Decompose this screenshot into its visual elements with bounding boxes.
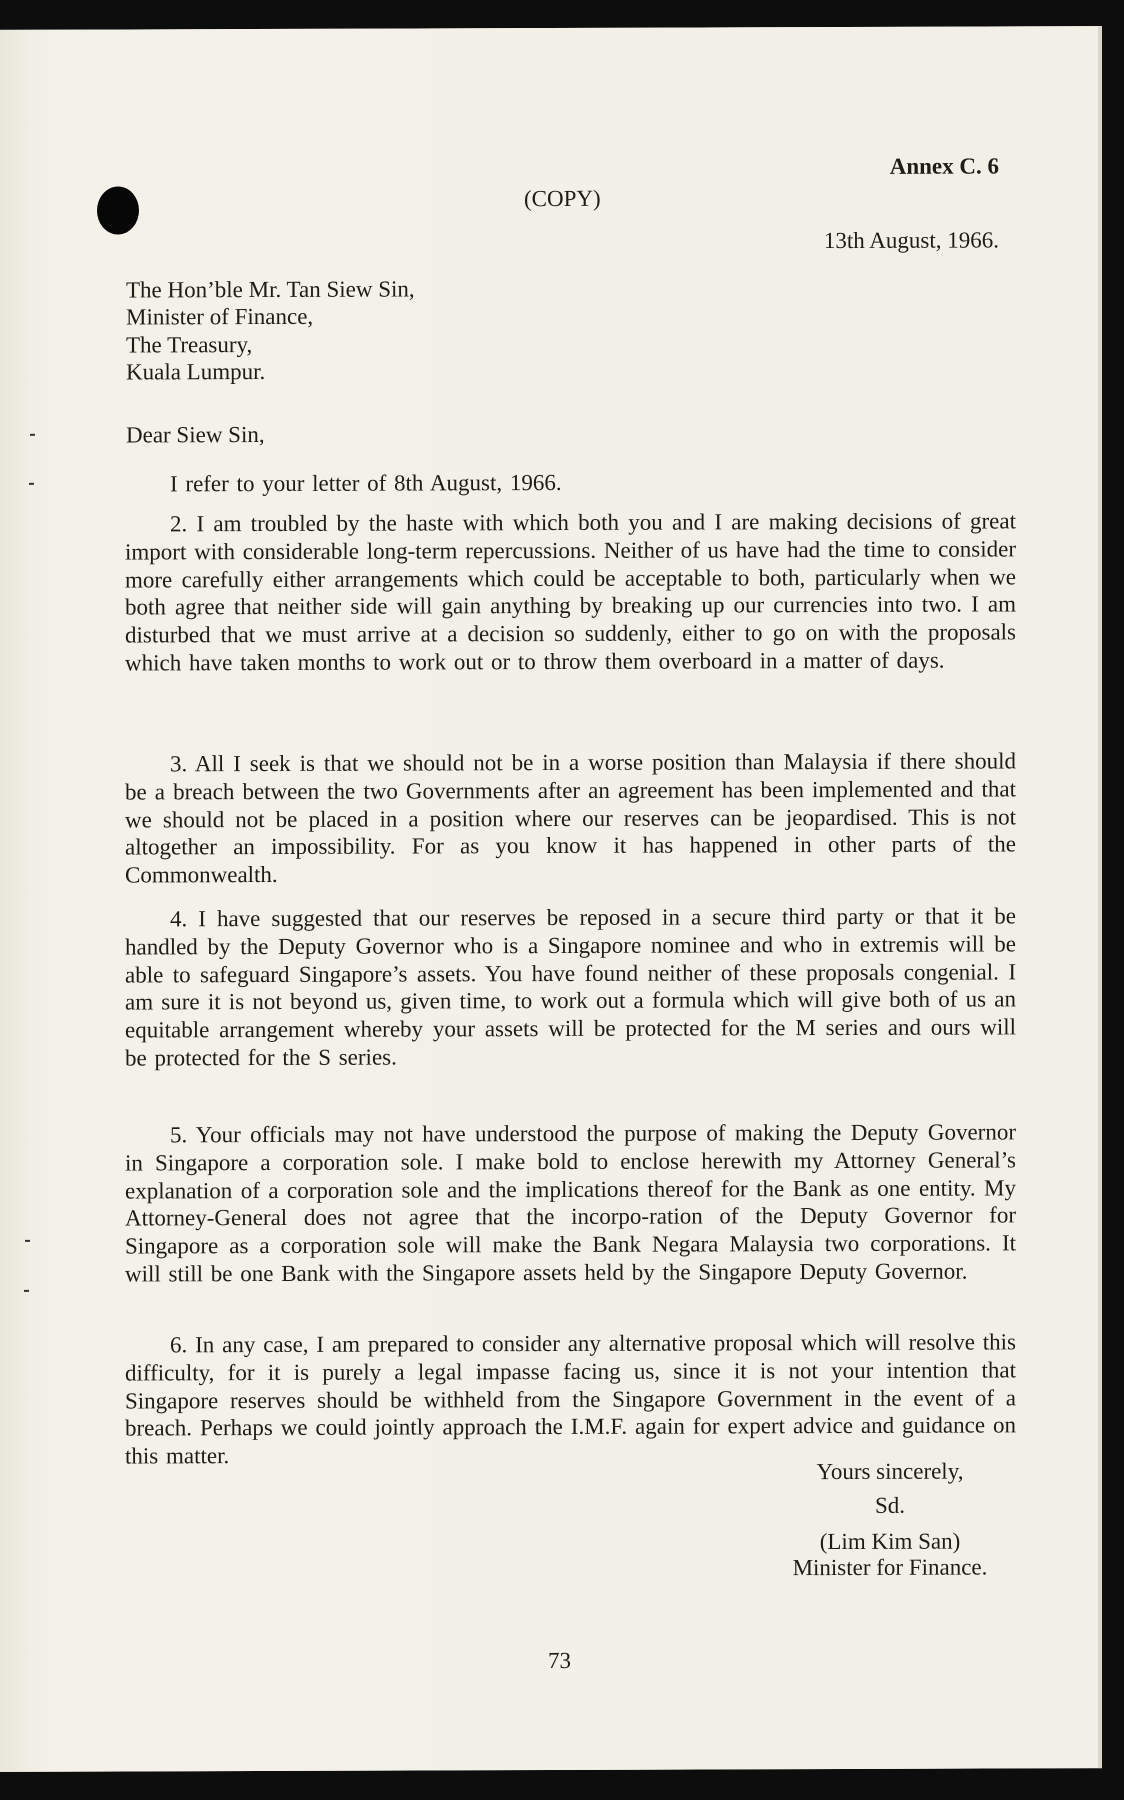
paragraph-text: I refer to your letter of 8th August, 19… [170, 470, 562, 496]
paragraph-text: 3. All I seek is that we should not be i… [125, 748, 1016, 887]
recipient-line: Kuala Lumpur. [126, 358, 265, 386]
margin-mark [24, 1290, 29, 1292]
punch-hole [97, 186, 139, 234]
paragraph-6: 6. In any case, I am prepared to conside… [125, 1328, 1016, 1470]
paragraph-text: 4. I have suggested that our reserves be… [125, 903, 1016, 1070]
paragraph-5: 5. Your officials may not have understoo… [125, 1118, 1016, 1288]
paragraph-3: 3. All I seek is that we should not be i… [125, 747, 1016, 889]
paragraph-2: 2. I am troubled by the haste with which… [125, 507, 1016, 677]
paragraph-text: 6. In any case, I am prepared to conside… [125, 1329, 1016, 1468]
margin-mark [25, 1240, 30, 1242]
recipient-line: Minister of Finance, [126, 303, 313, 332]
copy-label: (COPY) [524, 185, 601, 213]
page-number: 73 [548, 1648, 571, 1674]
valediction: Yours sincerely, [740, 1458, 1040, 1485]
annex-label: Annex C. 6 [890, 153, 999, 179]
margin-mark [30, 434, 35, 436]
signatory-name: (Lim Kim San) [740, 1528, 1040, 1555]
paragraph-1: I refer to your letter of 8th August, 19… [125, 467, 1016, 498]
salutation: Dear Siew Sin, [126, 421, 265, 449]
document-page: Annex C. 6 (COPY) 13th August, 1966. The… [0, 26, 1102, 1772]
paragraph-text: 5. Your officials may not have understoo… [125, 1119, 1016, 1286]
page-edge [1098, 26, 1102, 1768]
paragraph-4: 4. I have suggested that our reserves be… [125, 902, 1016, 1072]
letter-date: 13th August, 1966. [824, 226, 999, 255]
signatory-title: Minister for Finance. [740, 1554, 1040, 1581]
recipient-line: The Hon’ble Mr. Tan Siew Sin, [126, 275, 415, 304]
margin-mark [29, 483, 34, 485]
recipient-line: The Treasury, [126, 331, 252, 359]
signature: Sd. [740, 1492, 1040, 1519]
paragraph-text: 2. I am troubled by the haste with which… [125, 508, 1016, 675]
